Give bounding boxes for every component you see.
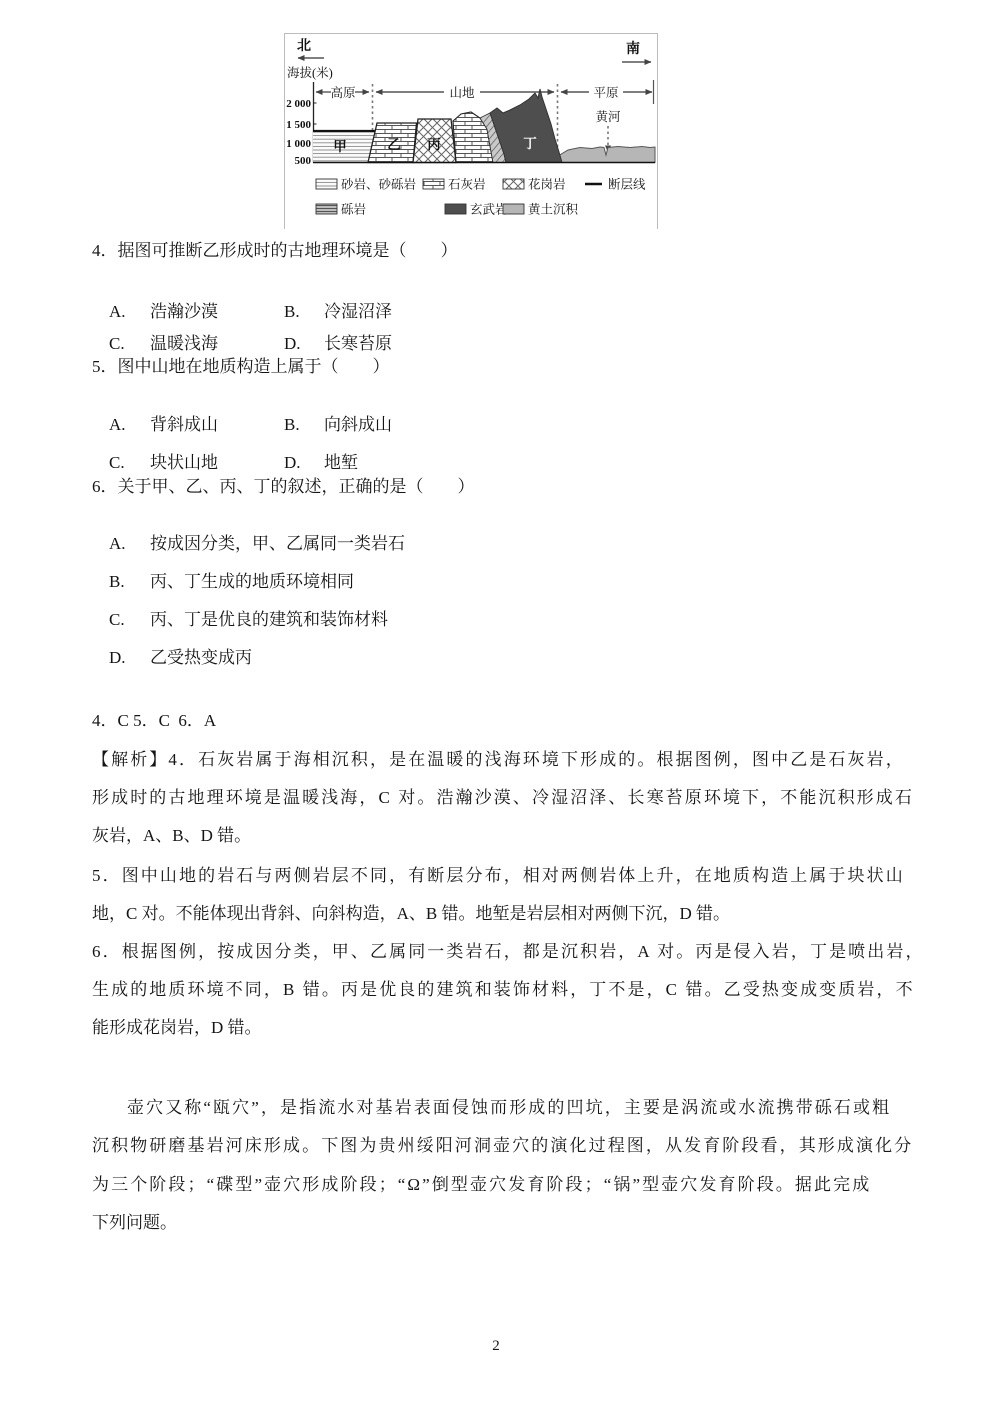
- question-6-option-d: D.乙受热变成丙: [92, 628, 252, 688]
- option-text: 长寒苔原: [324, 334, 392, 353]
- analysis-line: 地，C 对。不能体现出背斜、向斜构造，A、B 错。地堑是岩层相对两侧下沉，D 错…: [92, 904, 730, 924]
- legend-label-loess: 黄土沉积: [528, 202, 579, 217]
- option-text: 丙、丁是优良的建筑和装饰材料: [150, 610, 388, 629]
- analysis-line: 5．图中山地的岩石与两侧岩层不同，有断层分布，相对两侧岩体上升，在地质构造上属于…: [92, 866, 905, 886]
- passage-line: 为三个阶段；“碟型”壶穴形成阶段；“Ω”倒型壶穴发育阶段；“锅”型壶穴发育阶段。…: [92, 1175, 871, 1195]
- legend-swatch-basalt: [445, 204, 466, 214]
- legend-label-conglomerate: 砾岩: [341, 202, 366, 217]
- zone-plateau-label: 高原: [330, 85, 356, 100]
- compass-south-label: 南: [626, 40, 640, 57]
- analysis-line: 生成的地质环境不同，B 错。丙是优良的建筑和装饰材料，丁不是，C 错。乙受热变成…: [92, 980, 915, 1000]
- axis-label: 海拔(米): [287, 65, 333, 80]
- legend-swatch-sandstone: [316, 179, 337, 189]
- cross-section-svg: 北 南 海拔(米) 2 000 1 500 1 000 500 高原 山地 平原: [284, 33, 658, 229]
- question-4-stem: 4．据图可推断乙形成时的古地理环境是（ ）: [92, 241, 458, 261]
- document-page: 北 南 海拔(米) 2 000 1 500 1 000 500 高原 山地 平原: [0, 0, 992, 1403]
- tick-1000: 1 000: [286, 138, 311, 150]
- legend-label-sandstone: 砂岩、砂砾岩: [341, 177, 416, 192]
- option-label: C.: [109, 453, 150, 473]
- tick-2000: 2 000: [286, 98, 311, 110]
- analysis-line: 6．根据图例，按成因分类，甲、乙属同一类岩石，都是沉积岩，A 对。丙是侵入岩，丁…: [92, 942, 925, 962]
- analysis-line: 灰岩，A、B、D 错。: [92, 826, 251, 846]
- analysis-line: 形成时的古地理环境是温暖浅海，C 对。浩瀚沙漠、冷湿沼泽、长寒苔原环境下，不能沉…: [92, 788, 914, 808]
- legend-label-granite: 花岗岩: [528, 177, 566, 192]
- passage-line: 沉积物研磨基岩河床形成。下图为贵州绥阳河洞壶穴的演化过程图，从发育阶段看，其形成…: [92, 1136, 913, 1156]
- tick-1500: 1 500: [286, 119, 311, 131]
- option-label: B.: [109, 572, 150, 592]
- option-label: A.: [109, 415, 150, 435]
- yellow-river-label: 黄河: [595, 110, 621, 124]
- option-text: 向斜成山: [324, 415, 392, 434]
- passage-line: 壶穴又称“瓯穴”，是指流水对基岩表面侵蚀而形成的凹坑，主要是涡流或水流携带砾石或…: [127, 1098, 891, 1118]
- analysis-line: 【解析】4．石灰岩属于海相沉积，是在温暖的浅海环境下形成的。根据图例，图中乙是石…: [92, 750, 905, 770]
- analysis-line: 能形成花岗岩，D 错。: [92, 1018, 262, 1038]
- option-label: B.: [284, 415, 324, 435]
- rock-label-jia: 甲: [333, 139, 347, 154]
- rock-label-bing: 丙: [427, 137, 441, 152]
- option-label: A.: [109, 534, 150, 554]
- legend-label-fault-line: 断层线: [608, 177, 646, 192]
- option-text: 块状山地: [150, 453, 284, 473]
- option-text: 按成因分类，甲、乙属同一类岩石: [150, 534, 405, 553]
- loess-plain-area: [558, 147, 655, 163]
- option-label: C.: [109, 334, 150, 354]
- tick-500: 500: [295, 155, 312, 167]
- legend-swatch-limestone: [423, 179, 444, 189]
- zone-mountain-label: 山地: [449, 85, 475, 100]
- passage-line: 下列问题。: [92, 1213, 177, 1233]
- option-text: 背斜成山: [150, 415, 284, 435]
- option-text: 乙受热变成丙: [150, 648, 252, 667]
- option-text: 丙、丁生成的地质环境相同: [150, 572, 354, 591]
- option-label: C.: [109, 610, 150, 630]
- question-5-stem: 5．图中山地在地质构造上属于（ ）: [92, 357, 390, 377]
- rock-label-ding: 丁: [523, 136, 537, 151]
- compass-north-label: 北: [297, 38, 311, 54]
- question-6-stem: 6．关于甲、乙、丙、丁的叙述，正确的是（ ）: [92, 477, 475, 497]
- rock-label-yi: 乙: [387, 137, 401, 152]
- option-text: 温暖浅海: [150, 334, 284, 354]
- zone-plain-label: 平原: [593, 86, 619, 100]
- option-text: 地堑: [324, 453, 358, 472]
- option-label: D.: [284, 453, 324, 473]
- option-label: D.: [109, 648, 150, 668]
- legend-swatch-granite: [503, 179, 524, 189]
- legend-label-limestone: 石灰岩: [448, 177, 486, 192]
- legend-swatch-conglomerate: [316, 204, 337, 214]
- page-number: 2: [0, 1338, 992, 1355]
- geologic-cross-section-figure: 北 南 海拔(米) 2 000 1 500 1 000 500 高原 山地 平原: [284, 33, 658, 229]
- legend-swatch-loess: [503, 204, 524, 214]
- option-label: D.: [284, 334, 324, 354]
- answer-key-line: 4．C 5．C 6．A: [92, 711, 216, 731]
- legend-label-basalt: 玄武岩: [470, 202, 508, 217]
